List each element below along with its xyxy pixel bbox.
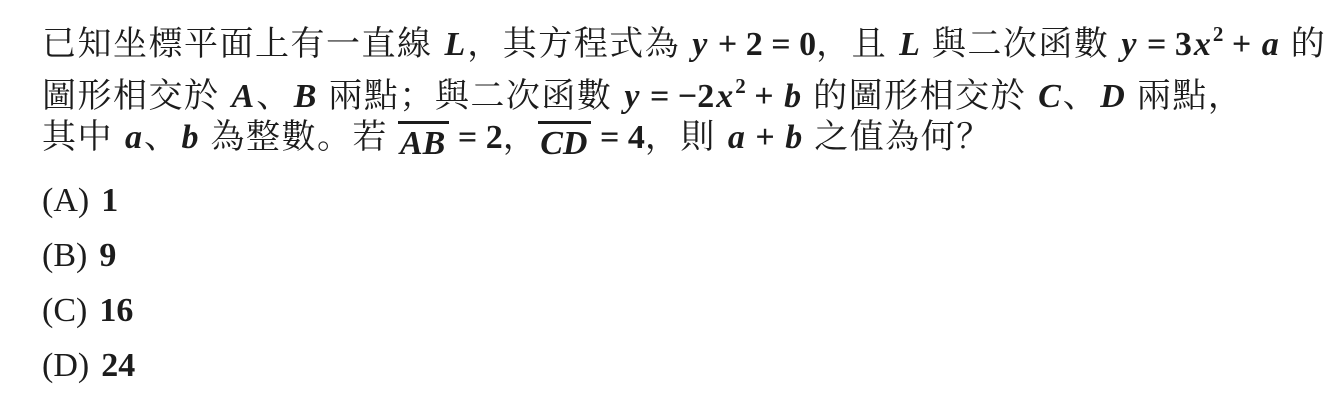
option-a-label: (A) (42, 182, 89, 219)
text-segment: ，且 (816, 26, 897, 63)
option-d: (D)24 (42, 338, 1318, 393)
math-variable: B (292, 78, 319, 115)
math-superscript: 2 (735, 74, 746, 98)
math-variable: D (1098, 78, 1127, 115)
math-variable: y (690, 26, 709, 63)
math-number: + (746, 78, 782, 115)
math-variable: x (1192, 26, 1213, 63)
options-list: (A)1 (B)9 (C)16 (D)24 (42, 173, 1318, 393)
question-line-2: 圖形相交於 A、B 兩點；與二次函數 y = −2x2 + b 的圖形相交於 C… (42, 60, 1318, 112)
option-b-label: (B) (42, 237, 87, 274)
math-variable: a (726, 119, 747, 156)
math-number: + (1223, 26, 1259, 63)
math-variable: y (1119, 26, 1138, 63)
math-number: = 4 (591, 119, 644, 156)
option-a-value: 1 (101, 182, 118, 219)
option-d-label: (D) (42, 347, 89, 384)
text-segment: 、 (256, 78, 292, 115)
exam-question-page: 已知坐標平面上有一直線 L，其方程式為 y + 2 = 0，且 L 與二次函數 … (0, 0, 1338, 401)
math-number: + (747, 119, 783, 156)
math-variable: b (782, 78, 803, 115)
math-overline-segment: CD (538, 121, 591, 164)
math-variable: a (123, 119, 144, 156)
text-segment: 與二次函數 (922, 26, 1120, 63)
question-line-1: 已知坐標平面上有一直線 L，其方程式為 y + 2 = 0，且 L 與二次函數 … (42, 8, 1318, 60)
text-segment: ， (503, 119, 539, 156)
math-variable: A (230, 78, 257, 115)
text-segment: 、 (1063, 78, 1099, 115)
text-segment: 圖形相交於 (42, 78, 230, 115)
math-superscript: 2 (1213, 22, 1224, 46)
math-variable: L (443, 26, 468, 63)
math-variable: y (622, 78, 641, 115)
text-segment: 兩點；與二次函數 (318, 78, 622, 115)
math-variable: L (897, 26, 922, 63)
text-segment: 其中 (42, 119, 123, 156)
math-variable: b (783, 119, 804, 156)
math-number: + 2 = 0 (709, 26, 816, 63)
math-variable: a (1260, 26, 1281, 63)
math-overline-segment: AB (398, 121, 449, 164)
option-b-value: 9 (99, 237, 116, 274)
option-b: (B)9 (42, 228, 1318, 283)
math-number: = 3 (1139, 26, 1192, 63)
text-segment: 兩點， (1127, 78, 1244, 115)
math-variable: x (714, 78, 735, 115)
text-segment: 為整數。若 (201, 119, 399, 156)
text-segment: 已知坐標平面上有一直線 (42, 26, 443, 63)
option-c: (C)16 (42, 283, 1318, 338)
text-segment: 的 (1281, 26, 1327, 63)
math-number: = −2 (641, 78, 714, 115)
text-segment: ，則 (645, 119, 726, 156)
text-segment: 之值為何？ (804, 119, 992, 156)
text-segment: ，其方程式為 (467, 26, 690, 63)
question-line-3: 其中 a、b 為整數。若 AB = 2，CD = 4，則 a + b 之值為何？ (42, 112, 1318, 164)
option-a: (A)1 (42, 173, 1318, 228)
option-d-value: 24 (101, 347, 135, 384)
question-text: 已知坐標平面上有一直線 L，其方程式為 y + 2 = 0，且 L 與二次函數 … (42, 8, 1318, 164)
option-c-label: (C) (42, 292, 87, 329)
math-variable: C (1036, 78, 1063, 115)
option-c-value: 16 (99, 292, 133, 329)
text-segment: 、 (144, 119, 180, 156)
text-segment: 的圖形相交於 (803, 78, 1036, 115)
math-number: = 2 (449, 119, 502, 156)
math-variable: b (180, 119, 201, 156)
